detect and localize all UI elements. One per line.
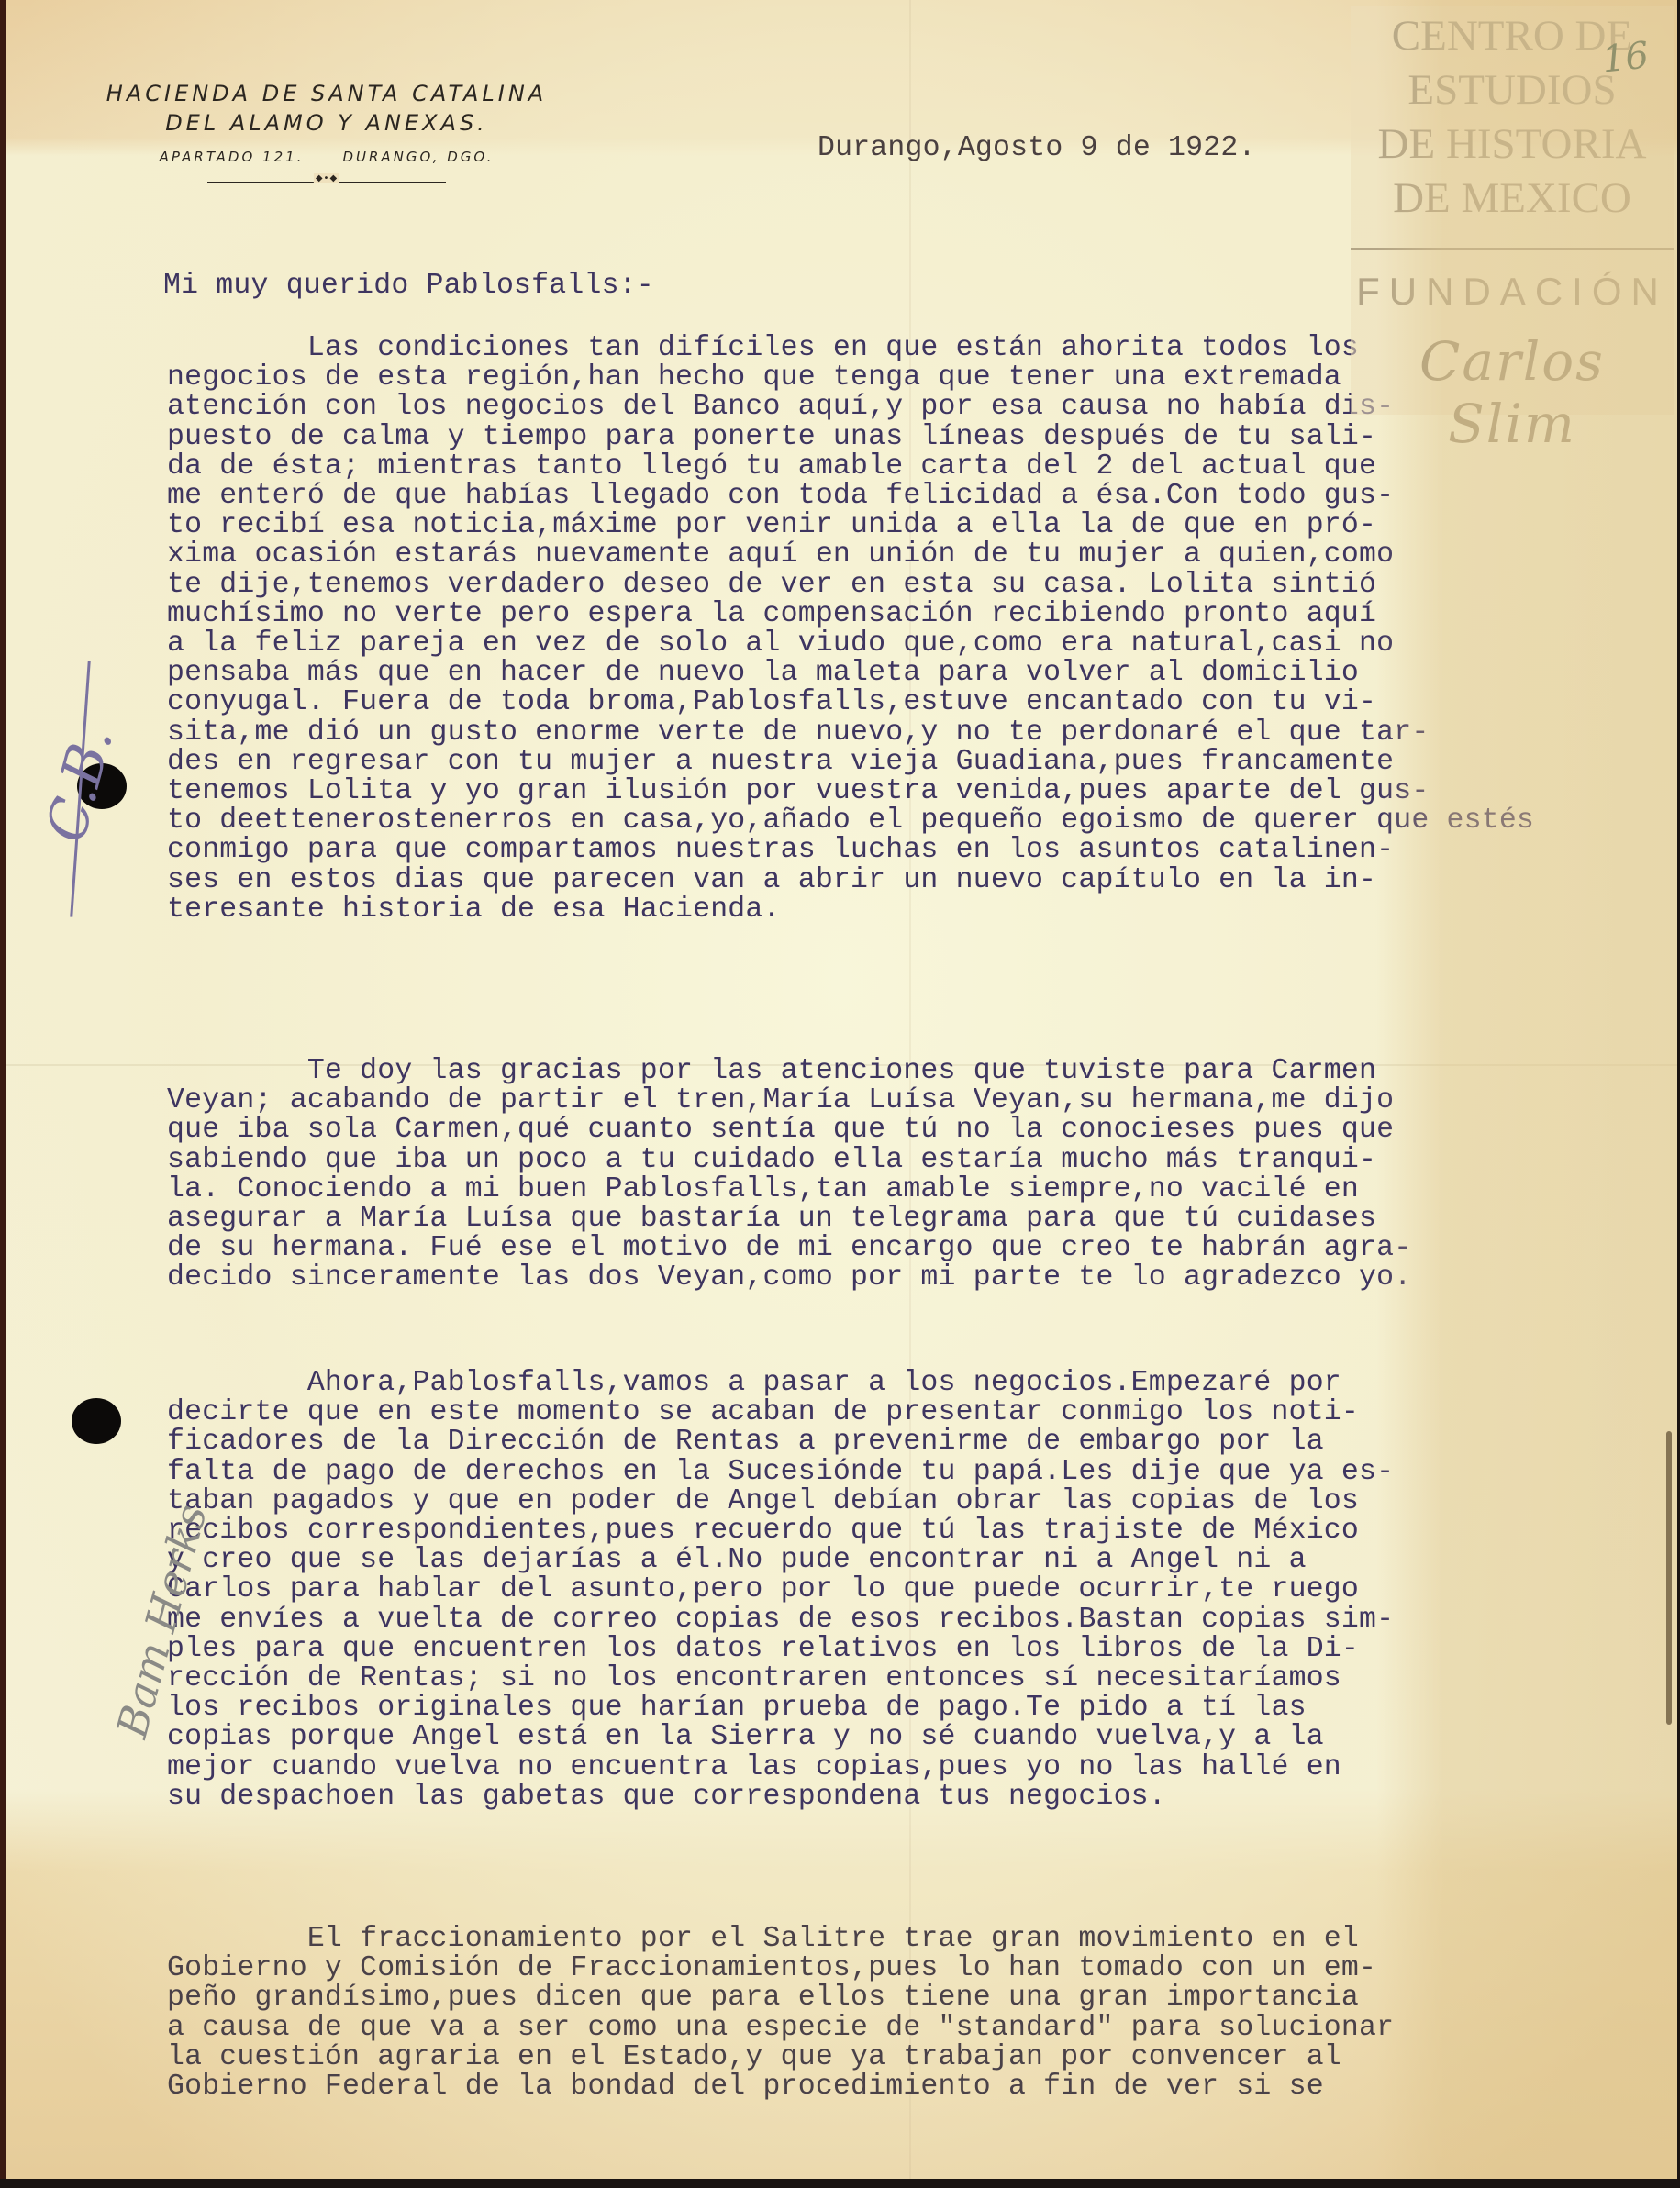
watermark-line: DE MEXICO xyxy=(1351,172,1674,226)
watermark-divider xyxy=(1351,248,1674,250)
typed-line: conmigo para que compartamos nuestras lu… xyxy=(167,836,1534,865)
typed-line: recibos correspondientes,pues recuerdo q… xyxy=(167,1516,1394,1546)
typed-line: decido sinceramente las dos Veyan,como p… xyxy=(167,1263,1411,1293)
typed-line: des en regresar con tu mujer a nuestra v… xyxy=(167,748,1534,777)
typed-line: teresante historia de esa Hacienda. xyxy=(167,895,1534,925)
typed-line: decirte que en este momento se acaban de… xyxy=(167,1398,1394,1427)
paragraph-1: Las condiciones tan difíciles en que est… xyxy=(167,334,1534,925)
page-edge-shadow xyxy=(1666,1431,1672,1725)
typed-line: to recibí esa noticia,máxime por venir u… xyxy=(167,511,1534,540)
letterhead-ornament-rule xyxy=(207,182,446,183)
typed-line: y creo que se las dejarías a él.No pude … xyxy=(167,1546,1394,1575)
watermark-signature: Carlos Slim xyxy=(1351,330,1674,455)
typed-line: atención con los negocios del Banco aquí… xyxy=(167,393,1534,422)
typed-line: El fraccionamiento por el Salitre trae g… xyxy=(167,1925,1394,1954)
typed-line: ses en estos dias que parecen van a abri… xyxy=(167,866,1534,895)
paragraph-4: El fraccionamiento por el Salitre trae g… xyxy=(167,1925,1394,2102)
typed-line: ficadores de la Dirección de Rentas a pr… xyxy=(167,1427,1394,1457)
letterhead-address: APARTADO 121. DURANGO, DGO. xyxy=(61,149,593,165)
typed-line: a causa de que va a ser como una especie… xyxy=(167,2014,1394,2043)
typed-line: falta de pago de derechos en la Sucesión… xyxy=(167,1458,1394,1487)
watermark-line: DE HISTORIA xyxy=(1351,117,1674,172)
typed-line: pensaba más que en hacer de nuevo la mal… xyxy=(167,659,1534,688)
letterhead-company-sub: DEL ALAMO Y ANEXAS. xyxy=(61,110,593,136)
margin-initials: C.B. xyxy=(34,720,126,849)
typed-line: muchísimo no verte pero espera la compen… xyxy=(167,600,1534,629)
typed-line: Te doy las gracias por las atenciones qu… xyxy=(167,1057,1411,1086)
paragraph-2: Te doy las gracias por las atenciones qu… xyxy=(167,1057,1411,1294)
typed-line: puesto de calma y tiempo para ponerte un… xyxy=(167,423,1534,452)
watermark-foundation: FUNDACIÓN xyxy=(1351,270,1674,314)
paragraph-3: Ahora,Pablosfalls,vamos a pasar a los ne… xyxy=(167,1369,1394,1812)
typed-line: Carlos para hablar del asunto,pero por l… xyxy=(167,1575,1394,1605)
handwritten-page-number: 16 xyxy=(1600,34,1651,81)
typed-line: Ahora,Pablosfalls,vamos a pasar a los ne… xyxy=(167,1369,1394,1398)
salutation: Mi muy querido Pablosfalls:- xyxy=(163,272,654,301)
typed-line: te dije,tenemos verdadero deseo de ver e… xyxy=(167,571,1534,600)
letterhead-po-box: APARTADO 121. xyxy=(160,149,305,165)
typed-line: que iba sola Carmen,qué cuanto sentía qu… xyxy=(167,1116,1411,1145)
typed-line: asegurar a María Luísa que bastaría un t… xyxy=(167,1205,1411,1234)
typed-line: la. Conociendo a mi buen Pablosfalls,tan… xyxy=(167,1175,1411,1205)
typed-line: a la feliz pareja en vez de solo al viud… xyxy=(167,629,1534,659)
typed-line: la cuestión agraria en el Estado,y que y… xyxy=(167,2043,1394,2072)
typed-line: sita,me dió un gusto enorme verte de nue… xyxy=(167,718,1534,748)
typed-line: Gobierno Federal de la bondad del proced… xyxy=(167,2072,1394,2102)
letter-page: HACIENDA DE SANTA CATALINA DEL ALAMO Y A… xyxy=(0,0,1677,2179)
typed-line: me enteró de que habías llegado con toda… xyxy=(167,482,1534,511)
typed-line: copias porque Angel está en la Sierra y … xyxy=(167,1723,1394,1752)
letterhead-company: HACIENDA DE SANTA CATALINA xyxy=(61,81,593,106)
typed-line: Veyan; acabando de partir el tren,María … xyxy=(167,1086,1411,1116)
letterhead-city: DURANGO, DGO. xyxy=(342,149,494,165)
typed-line: da de ésta; mientras tanto llegó tu amab… xyxy=(167,452,1534,482)
typed-line: su despachoen las gabetas que correspond… xyxy=(167,1783,1394,1812)
typed-line: taban pagados y que en poder de Angel de… xyxy=(167,1487,1394,1516)
typed-line: los recibos originales que harían prueba… xyxy=(167,1694,1394,1723)
typed-line: conyugal. Fuera de toda broma,Pablosfall… xyxy=(167,688,1534,717)
typed-line: sabiendo que iba un poco a tu cuidado el… xyxy=(167,1146,1411,1175)
typed-line: peño grandísimo,pues dicen que para ello… xyxy=(167,1983,1394,2013)
typed-line: Gobierno y Comisión de Fraccionamientos,… xyxy=(167,1954,1394,1983)
typed-line: mejor cuando vuelva no encuentra las cop… xyxy=(167,1753,1394,1783)
typed-line: to deettenerostenerros en casa,yo,añado … xyxy=(167,806,1534,836)
typed-line: xima ocasión estarás nuevamente aquí en … xyxy=(167,540,1534,570)
typed-line: rección de Rentas; si no los encontraren… xyxy=(167,1664,1394,1694)
typed-line: me envíes a vuelta de correo copias de e… xyxy=(167,1605,1394,1635)
letterhead: HACIENDA DE SANTA CATALINA DEL ALAMO Y A… xyxy=(61,81,593,183)
letter-date: Durango,Agosto 9 de 1922. xyxy=(818,134,1256,163)
typed-line: ples para que encuentren los datos relat… xyxy=(167,1635,1394,1664)
typed-line: de su hermana. Fué ese el motivo de mi e… xyxy=(167,1234,1411,1263)
typed-line: tenemos Lolita y yo gran ilusión por vue… xyxy=(167,777,1534,806)
punch-hole-icon xyxy=(72,1398,121,1444)
typed-line: negocios de esta región,han hecho que te… xyxy=(167,363,1534,393)
typed-line: Las condiciones tan difíciles en que est… xyxy=(167,334,1534,363)
